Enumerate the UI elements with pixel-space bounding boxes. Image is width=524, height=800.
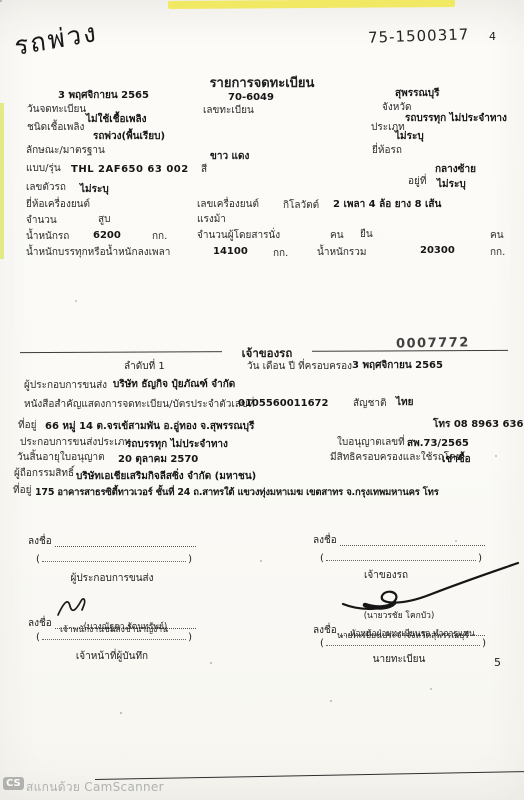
owner-section-title: เจ้าของรถ — [222, 346, 312, 360]
brand-label: ยี่ห้อรถ — [372, 145, 402, 158]
kg-unit-3: กก. — [490, 247, 505, 260]
engine-brand-label: ยี่ห้อเครื่องยนต์ — [26, 199, 90, 212]
plate-number-value: 70-6049 — [205, 92, 297, 105]
engine-number-label: เลขเครื่องยนต์ — [197, 199, 259, 212]
highlighter-mark — [168, 0, 455, 9]
color-label: สี — [201, 164, 207, 177]
paren-open: ( — [36, 554, 40, 565]
operate-type-value: รถบรรทุก ไม่ประจำทาง — [126, 439, 228, 452]
province-value: สุพรรณบุรี — [395, 88, 439, 101]
cylinders-unit: สูบ — [98, 214, 110, 227]
usage-right-value: เช่าซื้อ — [442, 454, 471, 467]
model-label: แบบ/รุ่น — [26, 163, 61, 176]
body-style-label: ลักษณะ/มาตรฐาน — [26, 145, 105, 158]
person-unit-1: คน — [330, 230, 344, 243]
license-expiry-label: วันสิ้นอายุใบอนุญาต — [17, 452, 105, 465]
recorder-signature — [56, 597, 94, 617]
camscanner-badge-icon: CS — [3, 777, 24, 790]
color-value: ขาว แดง — [210, 151, 249, 164]
axle-wheel-tyre-value: 2 เพลา 4 ล้อ ยาง 8 เส้น — [333, 199, 441, 212]
camscanner-footer-text: สแกนด้วย CamScanner — [26, 778, 164, 797]
cylinders-label: จำนวน — [26, 215, 57, 228]
kg-unit-2: กก. — [273, 248, 288, 261]
owner-sign-line: ลงชื่อ — [313, 533, 485, 548]
handwritten-doc-number: 75-1500317 — [368, 25, 470, 47]
license-label: ใบอนุญาตเลขที่ — [337, 437, 405, 450]
registration-doc-label: หนังสือสำคัญแสดงการจดทะเบียน/บัตรประจำตั… — [24, 399, 254, 412]
registrar-caption: นายทะเบียน — [313, 654, 485, 667]
kilowatt-label: กิโลวัตต์ — [283, 200, 319, 213]
lien-holder-value: บริษัทเอเชียเสริมกิจลีสซิ่ง จำกัด (มหาชน… — [76, 471, 256, 484]
document-title: รายการจดทะเบียน — [172, 76, 352, 92]
category-value: รถบรรทุก ไม่ประจำทาง — [405, 113, 507, 126]
owner-address-value: 66 หมู่ 14 ต.จรเข้สามพัน อ.อู่ทอง จ.สุพร… — [45, 421, 254, 434]
body-style-value: รถพ่วง(พื้นเรียบ) — [93, 131, 165, 144]
nationality-label: สัญชาติ — [353, 398, 387, 411]
chassis-position-value: กลางซ้าย — [435, 164, 476, 177]
scan-speckles — [0, 0, 2, 2]
person-unit-2: คน — [490, 230, 504, 243]
operator-label: ผู้ประกอบการขนส่ง — [24, 380, 107, 393]
fuel-value: ไม่ใช้เชื้อเพลิง — [86, 114, 147, 127]
vehicle-weight-label: น้ำหนักรถ — [26, 231, 69, 244]
standing-label: ยืน — [360, 229, 373, 242]
recorder-title-line: ( เจ้าพนักงานขนส่งชำนาญงาน ) — [36, 632, 192, 643]
chassis-label: เลขตัวรถ — [26, 182, 66, 195]
owner-signature — [333, 560, 521, 614]
operator-sign-line: ลงชื่อ — [28, 534, 196, 549]
registration-doc-value: 0105560011672 — [238, 398, 328, 411]
license-expiry-value: 20 ตุลาคม 2570 — [118, 454, 198, 467]
corner-page-number: 4 — [489, 30, 496, 44]
chassis-value: ไม่ระบุ — [80, 184, 109, 197]
load-weight-label: น้ำหนักบรรทุกหรือน้ำหนักลงเพลา — [26, 247, 170, 260]
sign-label: ลงชื่อ — [28, 534, 52, 549]
page-number: 5 — [494, 656, 501, 670]
sign-label: ลงชื่อ — [313, 533, 337, 548]
gross-weight-label: น้ำหนักรวม — [317, 247, 367, 260]
holder-address-label: ที่อยู่ — [13, 485, 31, 498]
operator-caption: ผู้ประกอบการขนส่ง — [28, 573, 196, 586]
operator-name-line: () — [36, 554, 192, 565]
model-value: THL 2AF650 63 002 — [71, 164, 189, 177]
plate-number-label: เลขทะเบียน — [203, 105, 254, 118]
holder-address-value: 175 อาคารสาธรซิตี้ทาวเวอร์ ชั้นที่ 24 ถ.… — [35, 487, 439, 499]
registrar-stamped-name: (นายวรชัย โคกบัว) — [313, 611, 485, 622]
fuel-label: ชนิดเชื้อเพลิง — [27, 122, 84, 135]
engine-position-value: ไม่ระบุ — [437, 179, 466, 192]
operate-type-label: ประกอบการขนส่งประเภท — [20, 437, 131, 450]
gross-weight-value: 20300 — [420, 245, 455, 258]
phone-value: โทร 08 8963 6366 — [433, 419, 524, 432]
registrar-for-text: นายทะเบียนประจำจังหวัดสุพรรณบุรี — [320, 628, 486, 642]
registration-date-value: 3 พฤศจิกายน 2565 — [58, 90, 149, 103]
registrar-for-line: ( นายทะเบียนประจำจังหวัดสุพรรณบุรี ) — [320, 638, 486, 649]
page-edge-strip — [0, 103, 4, 259]
load-weight-value: 14100 — [213, 246, 248, 259]
paren-close: ) — [188, 554, 192, 565]
registration-date-label: วันจดทะเบียน — [27, 104, 86, 117]
possession-date-label: วัน เดือน ปี ที่ครอบครอง — [247, 361, 352, 374]
seated-passengers-label: จำนวนผู้โดยสารนั่ง — [197, 230, 280, 243]
brand-value: ไม่ระบุ — [395, 131, 424, 144]
owner-order: ลำดับที่ 1 — [124, 361, 165, 374]
recorder-caption: เจ้าหน้าที่ผู้บันทึก — [28, 651, 196, 664]
operator-value: บริษัท ธัญกิจ ปุ๋ยภัณฑ์ จำกัด — [113, 379, 235, 392]
lien-holder-label: ผู้ถือกรรมสิทธิ์ — [14, 468, 74, 481]
nationality-value: ไทย — [396, 397, 413, 410]
kg-unit-1: กก. — [152, 231, 167, 244]
owner-address-label: ที่อยู่ — [18, 420, 36, 433]
recorder-stamped-title: เจ้าพนักงานขนส่งชำนาญงาน — [36, 622, 192, 636]
scanned-registration-document: รถพ่วง 75-1500317 4 รายการจดทะเบียน 70-6… — [0, 0, 524, 800]
paren-open: ( — [320, 553, 324, 564]
horsepower-label: แรงม้า — [197, 214, 226, 227]
vehicle-weight-value: 6200 — [93, 230, 121, 243]
possession-date-value: 3 พฤศจิกายน 2565 — [352, 360, 443, 373]
position-label: อยู่ที่ — [408, 176, 426, 189]
license-value: สพ.73/2565 — [407, 438, 469, 451]
handwritten-vehicle-type: รถพ่วง — [13, 17, 99, 64]
